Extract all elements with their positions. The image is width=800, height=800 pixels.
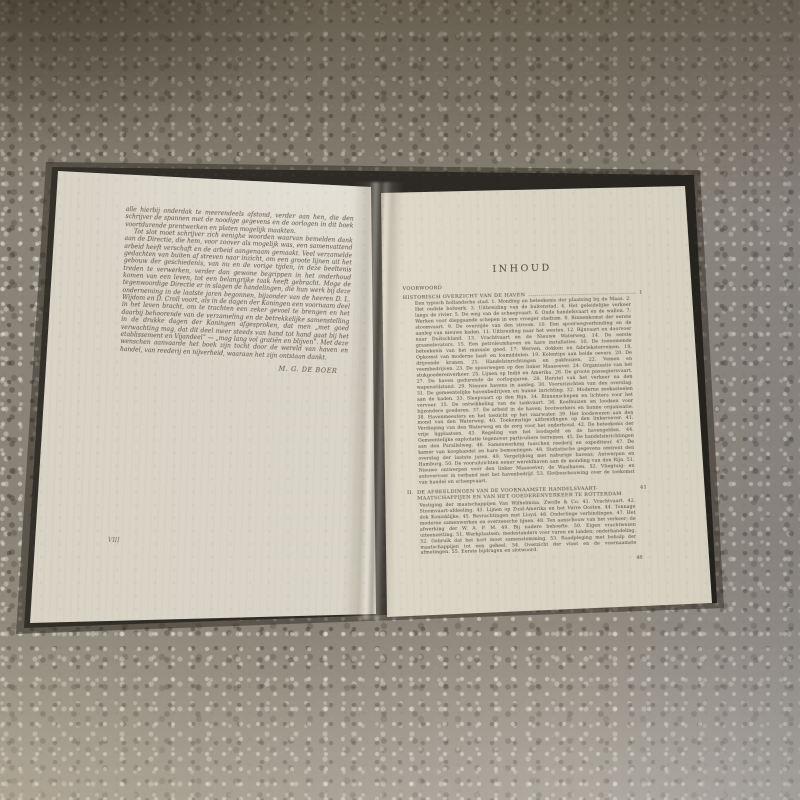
entry-2-prefix: II.: [407, 490, 417, 496]
voorwoord-label: VOORWOORD: [402, 285, 442, 292]
left-page-text-block: alle hierbij onderdak te meerendeels afs…: [119, 206, 354, 376]
left-page-paragraph-2: Tot slot moet schrijver zich eenighe woo…: [120, 228, 353, 362]
dotted-leader: [528, 289, 636, 296]
book-photo-scene: alle hierbij onderdak te meerendeels afs…: [0, 0, 800, 800]
entry-2-page-number: 41: [640, 484, 647, 490]
entry-2-annotation: Vestiging der maatschappijen Van Wilhelm…: [419, 499, 636, 557]
left-page-number: VIII: [108, 537, 120, 544]
table-of-contents: INHOUD VOORWOORD HISTORISCH OVERZICHT VA…: [402, 261, 649, 567]
entry-1-page-number: 1: [639, 289, 643, 295]
entry-1-annotation: Een typisch hollandsche stad. 1. Monding…: [415, 297, 635, 486]
